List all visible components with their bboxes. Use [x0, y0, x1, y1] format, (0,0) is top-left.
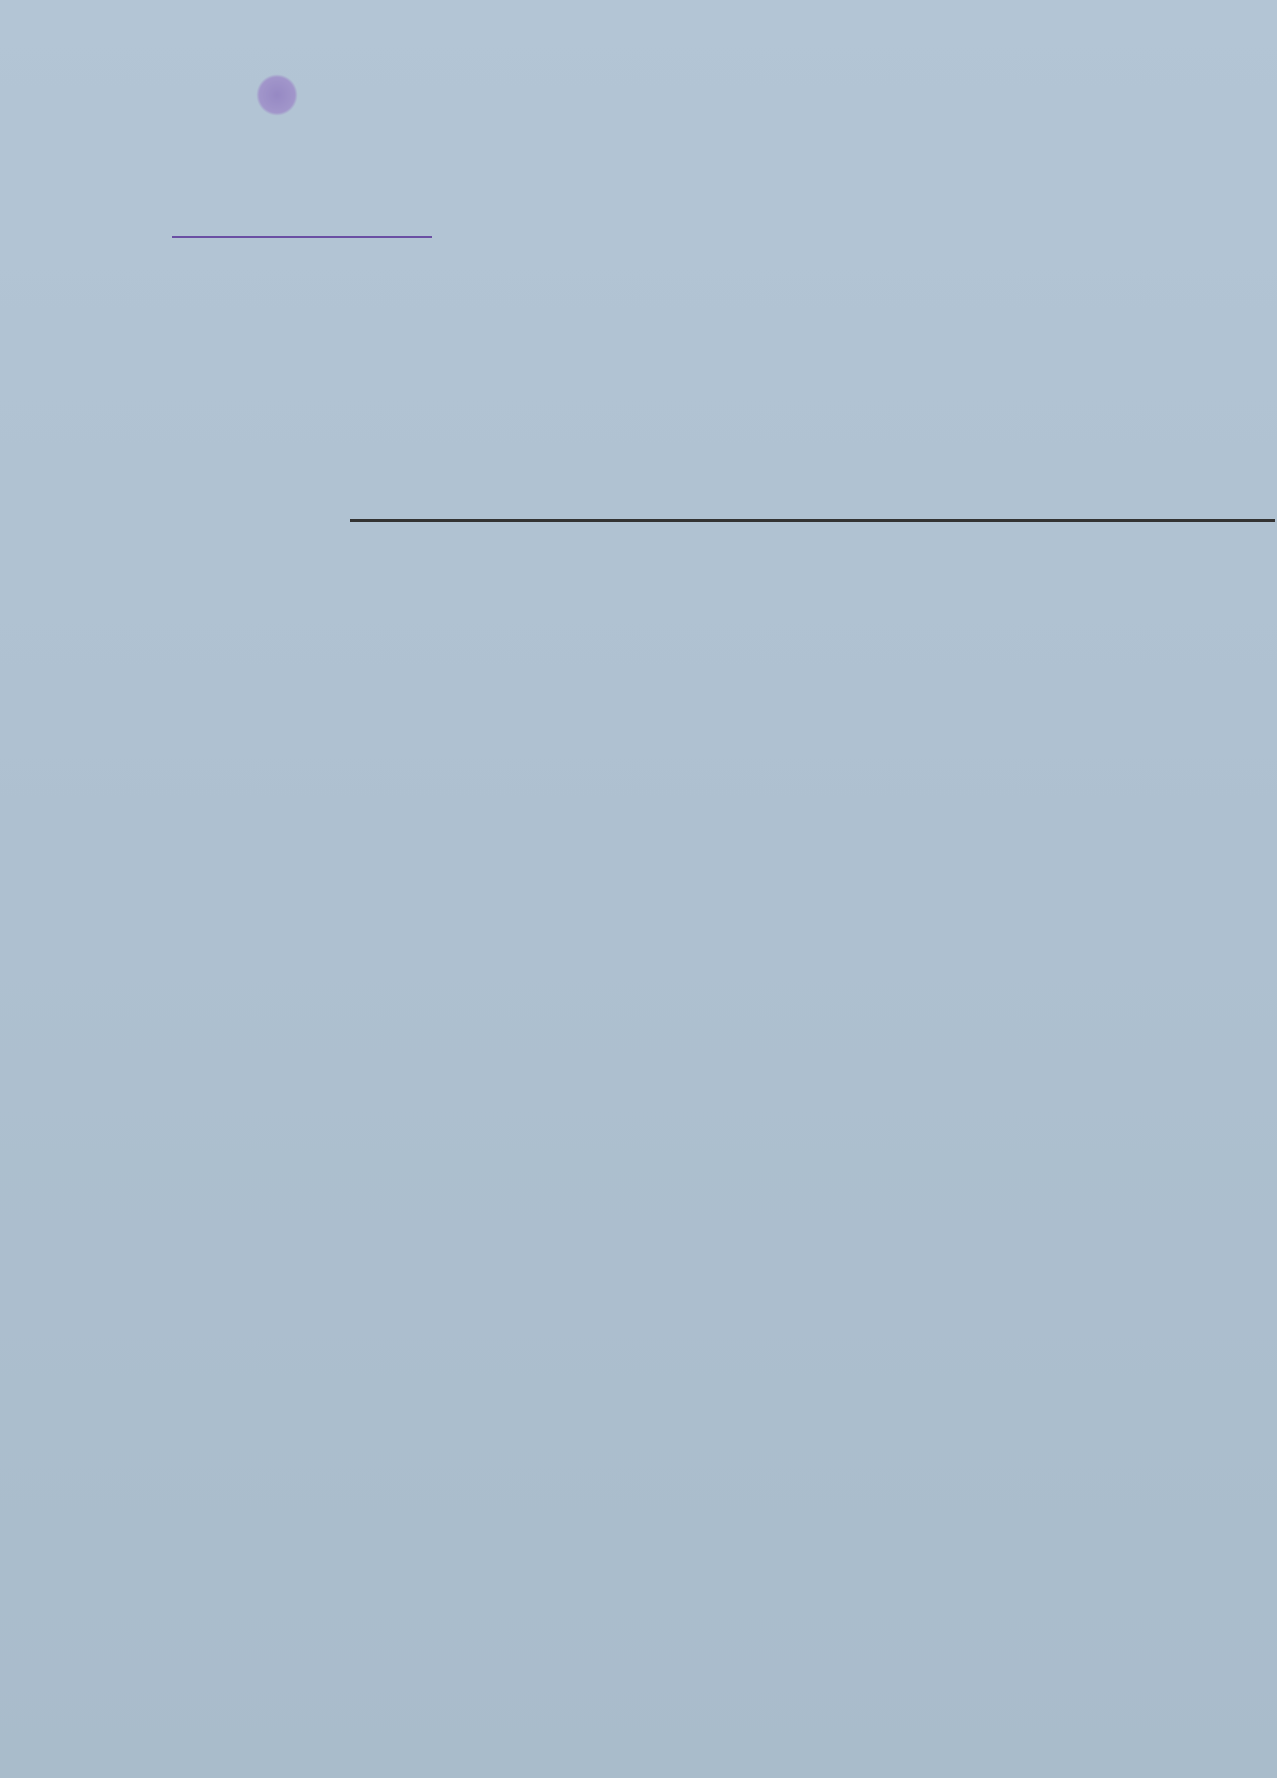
- title-underline: [350, 519, 1275, 522]
- document-page: [0, 0, 1277, 1778]
- eagle-emblem-icon: [256, 74, 298, 116]
- ldz-underline: [172, 236, 432, 238]
